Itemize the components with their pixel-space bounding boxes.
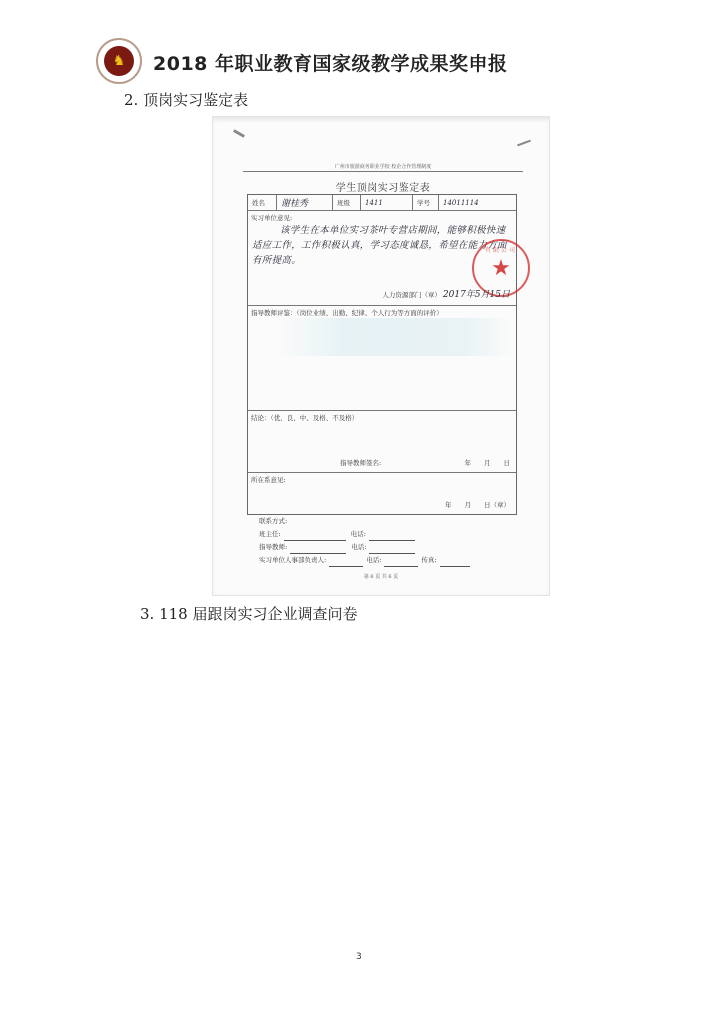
unit-opinion-section: 实习单位意见: 该学生在本单位实习茶叶专营店期间，能够积极快速适应工作，工作积极… — [248, 210, 516, 305]
unit-sign-date: 2017年5月15日 — [443, 290, 510, 300]
name-value: 谢桂秀 — [276, 195, 332, 210]
phone-label: 电话: — [351, 530, 366, 538]
blank-line — [329, 557, 363, 567]
blank-line — [369, 531, 415, 541]
hr-dept-label: 人力资源部门（章） — [382, 291, 441, 299]
section-heading-questionnaire: 3. 118 届跟岗实习企业调查问卷 — [140, 603, 357, 624]
teacher-review-label: 指导教师评鉴：（岗位业绩、出勤、纪律、个人行为等方面的评价） — [251, 308, 443, 317]
star-icon: ★ — [491, 256, 511, 281]
divider — [243, 171, 523, 172]
dept-sign-date: 年 月 日（章） — [445, 500, 510, 509]
conclusion-label: 结论：（优、良、中、及格、不及格） — [251, 413, 358, 422]
teacher-sign-label: 指导教师签名: — [340, 458, 381, 467]
teacher-review-section: 指导教师评鉴：（岗位业绩、出勤、纪律、个人行为等方面的评价） — [248, 305, 516, 410]
teacher-sign-date: 年 月 日 — [465, 458, 511, 467]
id-label: 学号 — [412, 195, 438, 210]
seal-text: 有限公司 — [474, 245, 528, 254]
hr-head-line: 实习单位人事部负责人:电话:传真: — [259, 554, 473, 567]
phone-label: 电话: — [366, 556, 381, 564]
form-title: 学生顶岗实习鉴定表 — [243, 179, 523, 194]
scan-mark — [517, 140, 531, 147]
fax-label: 传真: — [421, 556, 436, 564]
blank-line — [290, 544, 346, 554]
section-heading-appraisal-form: 2. 顶岗实习鉴定表 — [124, 89, 248, 110]
advisor-line: 指导教师: 电话: — [259, 541, 473, 554]
school-emblem-horse-icon: ♞ — [104, 46, 134, 76]
contact-title: 联系方式: — [259, 515, 473, 528]
advisor-label: 指导教师: — [259, 543, 287, 551]
unit-sign-line: 人力资源部门（章） 2017年5月15日 — [382, 287, 510, 300]
student-info-row: 姓名 谢桂秀 班级 1411 学号 14011114 — [248, 195, 516, 210]
unit-opinion-label: 实习单位意见: — [251, 213, 292, 222]
hr-head-label: 实习单位人事部负责人: — [259, 556, 326, 564]
form-page-note: 第 6 页 共 6 页 — [213, 573, 549, 580]
blank-line — [384, 557, 418, 567]
id-value: 14011114 — [438, 195, 516, 210]
school-emblem-logo: ♞ — [96, 38, 142, 84]
department-opinion-section: 所在系意见: 年 月 日（章） — [248, 472, 516, 514]
blank-line — [369, 544, 415, 554]
conclusion-section: 结论：（优、良、中、及格、不及格） 指导教师签名: 年 月 日 — [248, 410, 516, 472]
head-teacher-label: 班主任: — [259, 530, 281, 538]
head-teacher-line: 班主任: 电话: — [259, 528, 473, 541]
blank-line — [440, 557, 470, 567]
page-number: 3 — [356, 952, 362, 962]
scan-mark — [233, 129, 245, 138]
page-title: 2018 年职业教育国家级教学成果奖申报 — [153, 49, 508, 76]
scan-shadow — [213, 117, 549, 123]
class-value: 1411 — [360, 195, 412, 210]
form-doc-header: 广州市旅游商务职业学校 校企合作管理制度 — [243, 163, 523, 170]
scanned-appraisal-form: 广州市旅游商务职业学校 校企合作管理制度 学生顶岗实习鉴定表 姓名 谢桂秀 班级… — [212, 116, 550, 596]
phone-label: 电话: — [351, 543, 366, 551]
teacher-sign-line: 指导教师签名: 年 月 日 — [340, 458, 510, 467]
class-label: 班级 — [332, 195, 360, 210]
dept-opinion-label: 所在系意见: — [251, 475, 286, 484]
appraisal-table: 姓名 谢桂秀 班级 1411 学号 14011114 实习单位意见: 该学生在本… — [247, 194, 517, 515]
blank-line — [284, 531, 346, 541]
contact-info: 联系方式: 班主任: 电话: 指导教师: 电话: 实习单位人事部负责人:电话:传… — [259, 515, 473, 567]
faint-watermark — [278, 318, 513, 356]
name-label: 姓名 — [248, 195, 276, 210]
